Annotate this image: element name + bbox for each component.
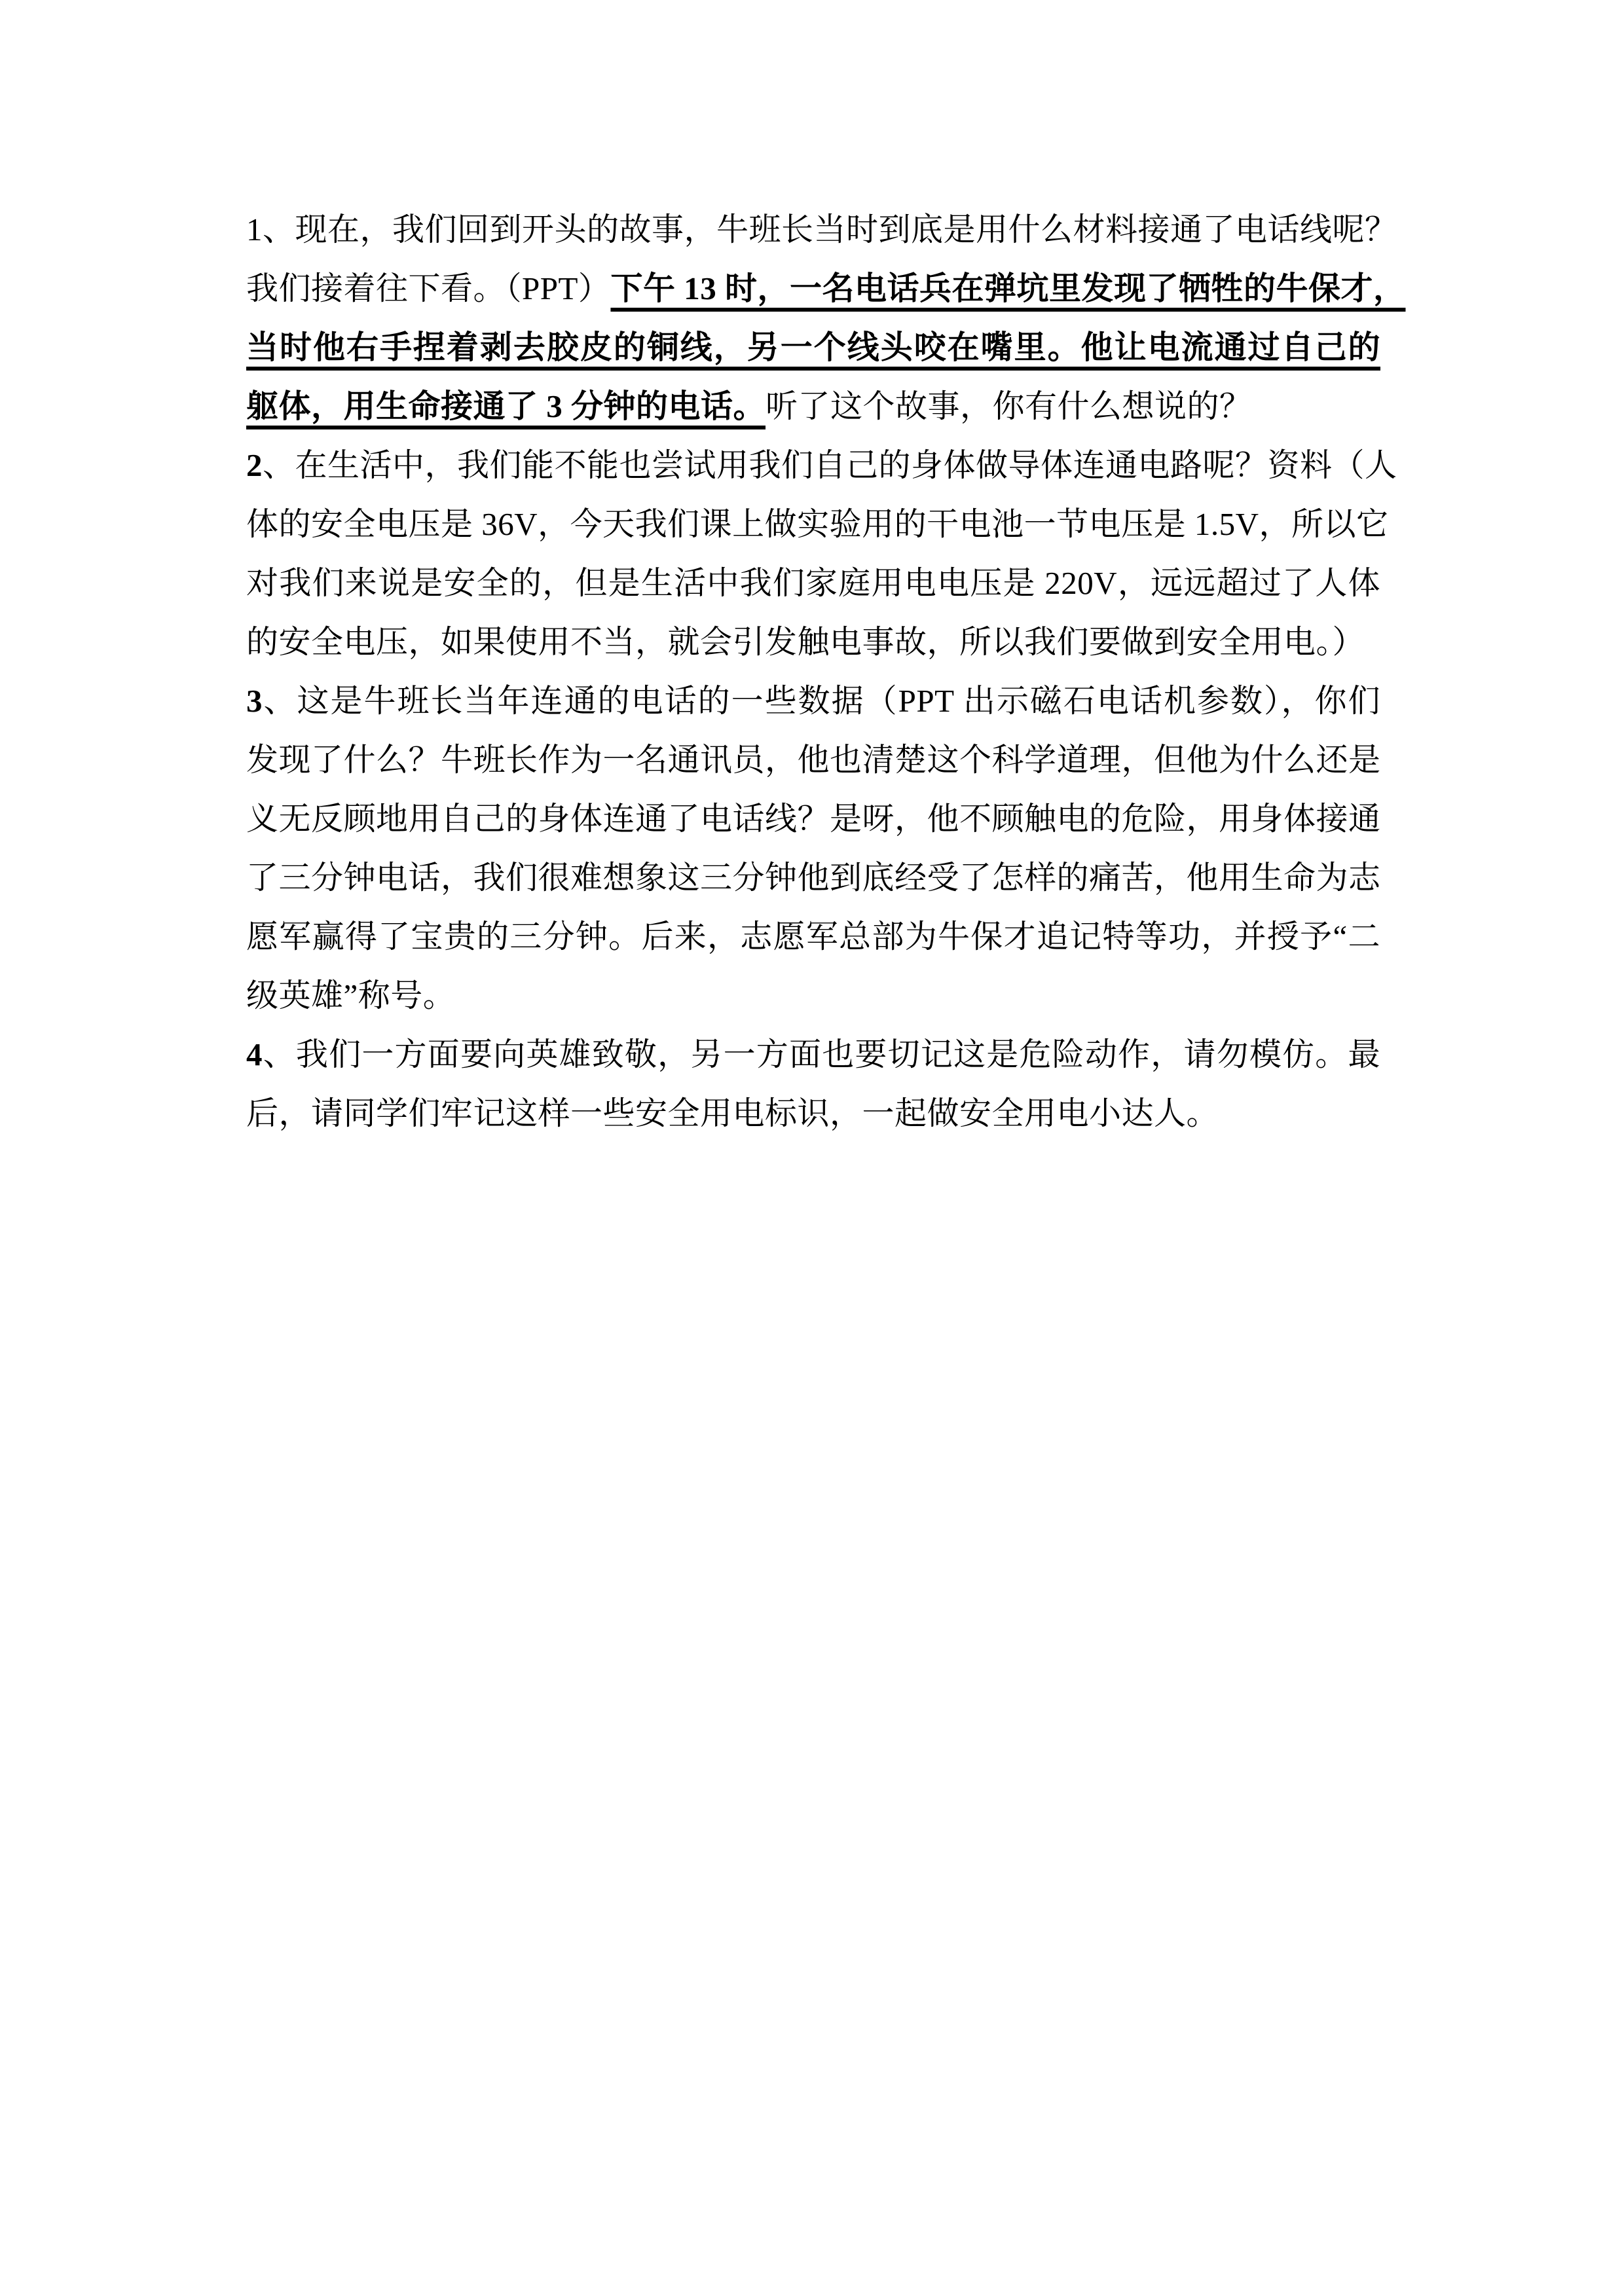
text-run: 对我们来说是安全的，但是生活中我们家庭用电电压是 220V，远远超过了人体 [246,565,1380,601]
text-line: 义无反顾地用自己的身体连通了电话线？是呀，他不顾触电的危险，用身体接通 [246,790,1380,848]
text-run: 愿军赢得了宝贵的三分钟。后来，志愿军总部为牛保才追记特等功，并授予“二 [246,919,1380,955]
text-line: 级英雄”称号。 [246,966,1380,1025]
text-run: 1、现在，我们回到开头的故事，牛班长当时到底是用什么材料接通了电话线呢？ [246,211,1397,247]
text-run: 义无反顾地用自己的身体连通了电话线？是呀，他不顾触电的危险，用身体接通 [246,801,1381,837]
text-run: 、我们一方面要向英雄致敬，另一方面也要切记这是危险动作，请勿模仿。最 [263,1036,1380,1072]
text-run: 后，请同学们牢记这样一些安全用电标识，一起做安全用电小达人。 [246,1095,1219,1131]
text-line: 3、这是牛班长当年连通的电话的一些数据（PPT 出示磁石电话机参数），你们 [246,672,1380,731]
underlined-bold-text-run: 当时他右手捏着剥去胶皮的铜线，另一个线头咬在嘴里。他让电流通过自己的 [246,329,1380,365]
underlined-bold-text-run: 躯体，用生命接通了 3 分钟的电话。 [246,388,766,424]
text-line: 1、现在，我们回到开头的故事，牛班长当时到底是用什么材料接通了电话线呢？ [246,200,1380,259]
text-line: 的安全电压，如果使用不当，就会引发触电事故，所以我们要做到安全用电。） [246,613,1380,672]
text-line: 发现了什么？牛班长作为一名通讯员，他也清楚这个科学道理，但他为什么还是 [246,731,1380,790]
text-run: 发现了什么？牛班长作为一名通讯员，他也清楚这个科学道理，但他为什么还是 [246,742,1381,778]
text-run: 体的安全电压是 36V，今天我们课上做实验用的干电池一节电压是 1.5V，所以它 [246,506,1389,542]
text-line: 2、在生活中，我们能不能也尝试用我们自己的身体做导体连通电路呢？资料（人 [246,436,1380,495]
text-line: 躯体，用生命接通了 3 分钟的电话。听了这个故事，你有什么想说的？ [246,377,1380,436]
document-body: 1、现在，我们回到开头的故事，牛班长当时到底是用什么材料接通了电话线呢？我们接着… [246,200,1380,1143]
text-line: 对我们来说是安全的，但是生活中我们家庭用电电压是 220V，远远超过了人体 [246,554,1380,613]
text-run: 听了这个故事，你有什么想说的？ [766,388,1252,424]
document-page: 1、现在，我们回到开头的故事，牛班长当时到底是用什么材料接通了电话线呢？我们接着… [0,0,1624,2296]
text-line: 当时他右手捏着剥去胶皮的铜线，另一个线头咬在嘴里。他让电流通过自己的 [246,318,1380,377]
text-line: 体的安全电压是 36V，今天我们课上做实验用的干电池一节电压是 1.5V，所以它 [246,495,1380,554]
bold-text-run: 4 [246,1036,263,1072]
text-line: 了三分钟电话，我们很难想象这三分钟他到底经受了怎样的痛苦，他用生命为志 [246,848,1380,907]
text-run: 、这是牛班长当年连通的电话的一些数据（PPT 出示磁石电话机参数），你们 [263,683,1380,719]
underlined-bold-text-run: 下午 13 时，一名电话兵在弹坑里发现了牺牲的牛保才， [610,270,1405,306]
text-run: 了三分钟电话，我们很难想象这三分钟他到底经受了怎样的痛苦，他用生命为志 [246,860,1381,896]
text-line: 4、我们一方面要向英雄致敬，另一方面也要切记这是危险动作，请勿模仿。最 [246,1025,1380,1084]
text-line: 愿军赢得了宝贵的三分钟。后来，志愿军总部为牛保才追记特等功，并授予“二 [246,907,1380,966]
text-line: 后，请同学们牢记这样一些安全用电标识，一起做安全用电小达人。 [246,1084,1380,1143]
text-run: 的安全电压，如果使用不当，就会引发触电事故，所以我们要做到安全用电。） [246,624,1365,660]
bold-text-run: 3 [246,683,263,719]
text-line: 我们接着往下看。（PPT）下午 13 时，一名电话兵在弹坑里发现了牺牲的牛保才， [246,259,1380,318]
bold-text-run: 2 [246,447,263,483]
text-run: 级英雄”称号。 [246,977,455,1013]
text-run: 我们接着往下看。（PPT） [246,270,610,306]
text-run: 、在生活中，我们能不能也尝试用我们自己的身体做导体连通电路呢？资料（人 [263,447,1397,483]
